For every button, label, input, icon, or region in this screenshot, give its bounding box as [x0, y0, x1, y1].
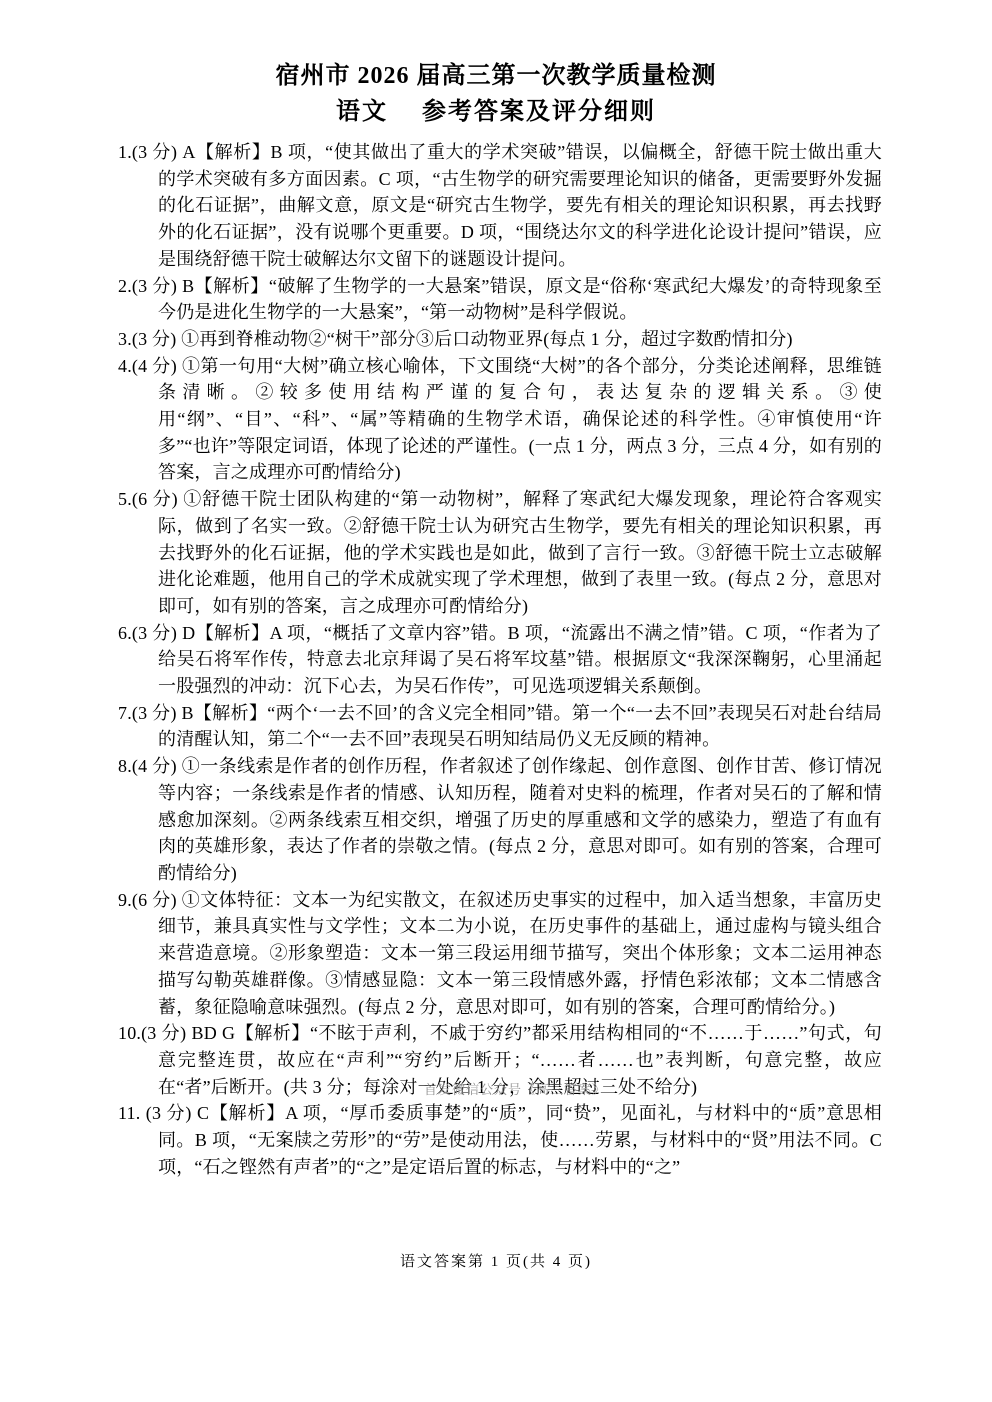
answer-label: 1.(3 分): [118, 142, 177, 162]
answer-item-3: 3.(3 分) ①再到脊椎动物②“树干”部分③后口动物亚界(每点 1 分，超过字…: [118, 326, 882, 353]
wechat-watermark: 首发微信公众号《高三答案》: [424, 1079, 606, 1098]
answer-label: 9.(6 分): [118, 890, 177, 910]
answer-label: 6.(3 分): [118, 623, 177, 643]
answer-label: 3.(3 分): [118, 329, 176, 349]
page-header: 宿州市 2026 届高三第一次教学质量检测 语文 参考答案及评分细则: [0, 0, 992, 130]
answer-text: ①第一句用“大树”确立核心喻体，下文围绕“大树”的各个部分，分类论述阐释，思维链…: [158, 356, 882, 483]
answer-item-8: 8.(4 分) ①一条线索是作者的创作历程，作者叙述了创作缘起、创作意图、创作甘…: [118, 753, 882, 887]
answer-item-4: 4.(4 分) ①第一句用“大树”确立核心喻体，下文围绕“大树”的各个部分，分类…: [118, 353, 882, 487]
answer-text: B【解析】“两个‘一去不回’的含义完全相同”错。第一个“一去不回”表现吴石对赴台…: [158, 703, 882, 750]
answer-label: 10.(3 分): [118, 1023, 186, 1043]
answer-label: 11. (3 分): [118, 1103, 192, 1123]
answer-item-2: 2.(3 分) B【解析】“破解了生物学的一大悬案”错误，原文是“俗称‘寒武纪大…: [118, 273, 882, 326]
answer-label: 8.(4 分): [118, 756, 177, 776]
answer-item-6: 6.(3 分) D【解析】A 项，“概括了文章内容”错。B 项，“流露出不满之情…: [118, 620, 882, 700]
answer-label: 2.(3 分): [118, 276, 177, 296]
answer-text: C【解析】A 项，“厚币委质事楚”的“质”，同“贽”，见面礼，与材料中的“质”意…: [158, 1103, 882, 1176]
answer-text: ①再到脊椎动物②“树干”部分③后口动物亚界(每点 1 分，超过字数酌情扣分): [181, 329, 793, 349]
answer-text: ①一条线索是作者的创作历程，作者叙述了创作缘起、创作意图、创作甘苦、修订情况等内…: [158, 756, 882, 883]
answer-item-1: 1.(3 分) A【解析】B 项，“使其做出了重大的学术突破”错误，以偏概全，舒…: [118, 139, 882, 273]
answer-sheet-page: 宿州市 2026 届高三第一次教学质量检测 语文 参考答案及评分细则 1.(3 …: [0, 0, 992, 1402]
answer-text: B【解析】“破解了生物学的一大悬案”错误，原文是“俗称‘寒武纪大爆发’的奇特现象…: [158, 276, 882, 323]
answer-text: D【解析】A 项，“概括了文章内容”错。B 项，“流露出不满之情”错。C 项，“…: [158, 623, 882, 696]
answer-item-9: 9.(6 分) ①文体特征：文本一为纪实散文，在叙述历史事实的过程中，加入适当想…: [118, 887, 882, 1021]
answer-item-11: 11. (3 分) C【解析】A 项，“厚币委质事楚”的“质”，同“贽”，见面礼…: [118, 1100, 882, 1180]
page-title: 宿州市 2026 届高三第一次教学质量检测: [0, 58, 992, 94]
answer-label: 5.(6 分): [118, 489, 178, 509]
answer-item-7: 7.(3 分) B【解析】“两个‘一去不回’的含义完全相同”错。第一个“一去不回…: [118, 700, 882, 753]
answer-text: ①文体特征：文本一为纪实散文，在叙述历史事实的过程中，加入适当想象，丰富历史细节…: [158, 890, 882, 1017]
answer-item-5: 5.(6 分) ①舒德干院士团队构建的“第一动物树”，解释了寒武纪大爆发现象，理…: [118, 486, 882, 620]
page-footer: 语文答案第 1 页(共 4 页): [0, 1250, 992, 1271]
answer-text: ①舒德干院士团队构建的“第一动物树”，解释了寒武纪大爆发现象，理论符合客观实际，…: [158, 489, 882, 616]
answer-label: 4.(4 分): [118, 356, 177, 376]
page-subtitle: 语文 参考答案及评分细则: [0, 94, 992, 130]
answers-list: 1.(3 分) A【解析】B 项，“使其做出了重大的学术突破”错误，以偏概全，舒…: [118, 139, 882, 1180]
answer-label: 7.(3 分): [118, 703, 177, 723]
answer-text: A【解析】B 项，“使其做出了重大的学术突破”错误，以偏概全，舒德干院士做出重大…: [158, 142, 882, 269]
